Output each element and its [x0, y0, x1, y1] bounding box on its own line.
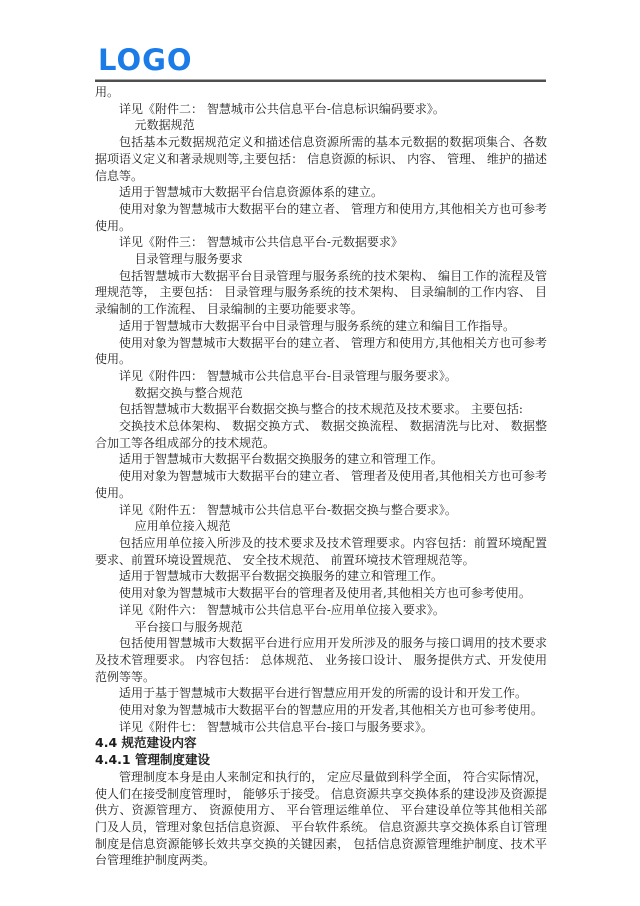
paragraph: 数据交换与整合规范 — [95, 385, 547, 402]
paragraph: 使用对象为智慧城市大数据平台的建立者、 管理者及使用者,其他相关方也可参考使用。 — [95, 468, 547, 501]
paragraph: 包括智慧城市大数据平台数据交换与整合的技术规范及技术要求。 主要包括: — [95, 401, 547, 418]
paragraph: 适用于基于智慧城市大数据平台进行智慧应用开发的所需的设计和开发工作。 — [95, 685, 547, 702]
paragraph: 包括基本元数据规范定义和描述信息资源所需的基本元数据的数据项集合、各数据项语义定… — [95, 134, 547, 184]
paragraph: 详见《附件五： 智慧城市公共信息平台-数据交换与整合要求》。 — [95, 502, 547, 519]
paragraph: 应用单位接入规范 — [95, 518, 547, 535]
paragraph: 交换技术总体架构、 数据交换方式、 数据交换流程、 数据清洗与比对、 数据整合加… — [95, 418, 547, 451]
paragraph: 包括智慧城市大数据平台目录管理与服务系统的技术架构、 编目工作的流程及管理规范等… — [95, 268, 547, 318]
paragraph: 使用对象为智慧城市大数据平台的智慧应用的开发者,其他相关方也可参考使用。 — [95, 702, 547, 719]
paragraph: 管理制度本身是由人来制定和执行的， 定应尽量做到科学全面， 符合实际情况， 使人… — [95, 769, 547, 869]
paragraph: 详见《附件七： 智慧城市公共信息平台-接口与服务要求》。 — [95, 719, 547, 736]
paragraph: 平台接口与服务规范 — [95, 619, 547, 636]
paragraph: 适用于智慧城市大数据平台信息资源体系的建立。 — [95, 184, 547, 201]
section-heading: 4.4.1 管理制度建设 — [95, 752, 547, 769]
paragraph: 使用对象为智慧城市大数据平台的建立者、 管理方和使用方,其他相关方也可参考使用。 — [95, 335, 547, 368]
paragraph: 详见《附件三： 智慧城市公共信息平台-元数据要求》 — [95, 234, 547, 251]
paragraph: 目录管理与服务要求 — [95, 251, 547, 268]
paragraph: 适用于智慧城市大数据平台中目录管理与服务系统的建立和编目工作指导。 — [95, 318, 547, 335]
header-rule — [95, 79, 546, 82]
paragraph: 详见《附件二： 智慧城市公共信息平台-信息标识编码要求》。 — [95, 101, 547, 118]
paragraph: 使用对象为智慧城市大数据平台的建立者、 管理方和使用方,其他相关方也可参考使用。 — [95, 201, 547, 234]
document-page: LOGO 用。详见《附件二： 智慧城市公共信息平台-信息标识编码要求》。元数据规… — [0, 0, 640, 906]
paragraph: 适用于智慧城市大数据平台数据交换服务的建立和管理工作。 — [95, 568, 547, 585]
section-heading: 4.4 规范建设内容 — [95, 735, 547, 752]
paragraph: 包括应用单位接入所涉及的技术要求及技术管理要求。内容包括：前置环境配置要求、前置… — [95, 535, 547, 568]
paragraph: 用。 — [95, 84, 547, 101]
paragraph: 详见《附件四： 智慧城市公共信息平台-目录管理与服务要求》。 — [95, 368, 547, 385]
paragraph: 使用对象为智慧城市大数据平台的管理者及使用者,其他相关方也可参考使用。 — [95, 585, 547, 602]
document-body: 用。详见《附件二： 智慧城市公共信息平台-信息标识编码要求》。元数据规范包括基本… — [95, 84, 547, 869]
paragraph: 包括使用智慧城市大数据平台进行应用开发所涉及的服务与接口调用的技术要求及技术管理… — [95, 635, 547, 685]
logo: LOGO — [98, 46, 193, 75]
paragraph: 详见《附件六： 智慧城市公共信息平台-应用单位接入要求》。 — [95, 602, 547, 619]
paragraph: 适用于智慧城市大数据平台数据交换服务的建立和管理工作。 — [95, 451, 547, 468]
paragraph: 元数据规范 — [95, 117, 547, 134]
